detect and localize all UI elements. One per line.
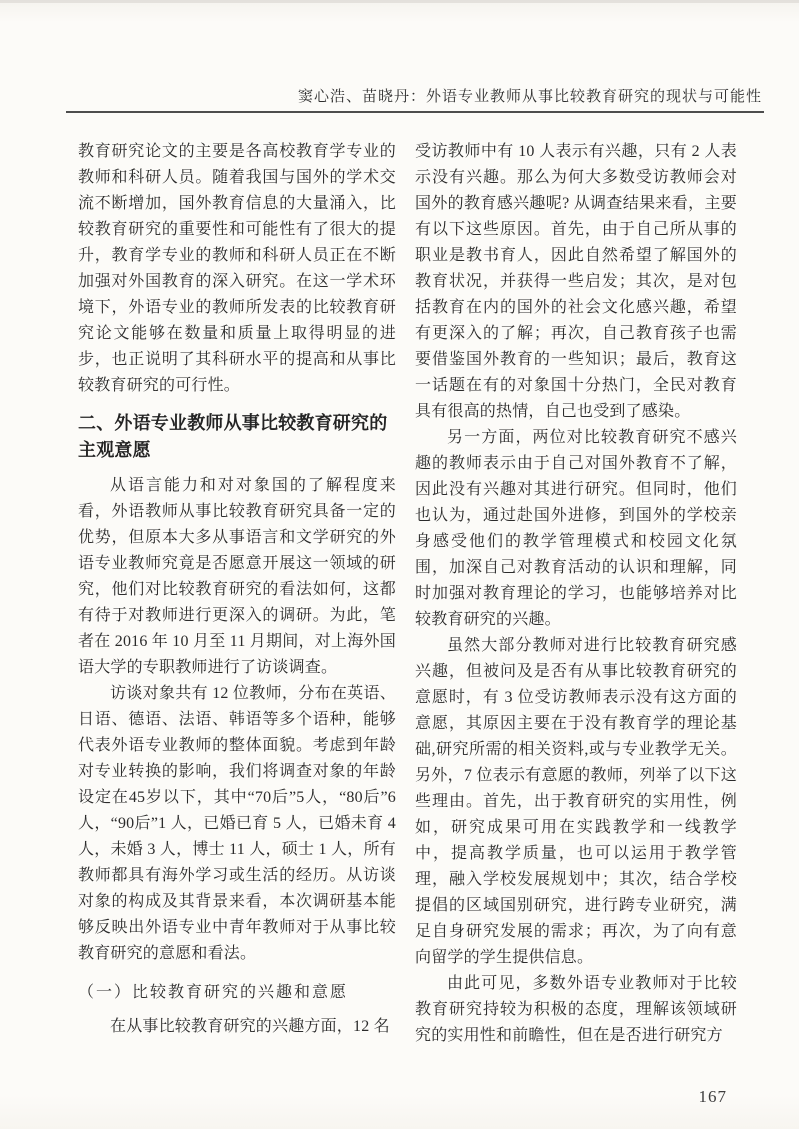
- running-header: 窦心浩、苗晓丹：外语专业教师从事比较教育研究的现状与可能性: [298, 85, 762, 106]
- paragraph-interest-start: 在从事比较教育研究的兴趣方面，12 名: [78, 1014, 396, 1040]
- header-rule: [66, 111, 764, 113]
- section-heading: 二、外语专业教师从事比较教育研究的主观意愿: [78, 410, 396, 464]
- paragraph-intro-continuation: 教育研究论文的主要是各高校教育学专业的教师和科研人员。随着我国与国外的学术交流不…: [78, 139, 396, 399]
- page-number: 167: [699, 1087, 728, 1107]
- subsection-heading: （一）比较教育研究的兴趣和意愿: [78, 980, 396, 1006]
- paragraph-willingness: 虽然大部分教师对进行比较教育研究感兴趣，但被问及是否有从事比较教育研究的意愿时，…: [415, 633, 737, 971]
- paragraph-sample-description: 访谈对象共有 12 位教师，分布在英语、日语、德语、法语、韩语等多个语种，能够代…: [78, 681, 396, 967]
- left-column: 教育研究论文的主要是各高校教育学专业的教师和科研人员。随着我国与国外的学术交流不…: [78, 139, 396, 1049]
- paragraph-conclusion-start: 由此可见，多数外语专业教师对于比较教育研究持较为积极的态度，理解该领域研究的实用…: [415, 971, 737, 1049]
- paragraph-no-interest: 另一方面，两位对比较教育研究不感兴趣的教师表示由于自己对国外教育不了解，因此没有…: [415, 425, 737, 633]
- document-page: 窦心浩、苗晓丹：外语专业教师从事比较教育研究的现状与可能性 教育研究论文的主要是…: [0, 0, 799, 1129]
- body-columns: 教育研究论文的主要是各高校教育学专业的教师和科研人员。随着我国与国外的学术交流不…: [78, 139, 737, 1049]
- paragraph-interest-reasons: 受访教师中有 10 人表示有兴趣，只有 2 人表示没有兴趣。那么为何大多数受访教…: [415, 139, 737, 425]
- paragraph-survey-setup: 从语言能力和对对象国的了解程度来看，外语教师从事比较教育研究具备一定的优势，但原…: [78, 473, 396, 681]
- right-column: 受访教师中有 10 人表示有兴趣，只有 2 人表示没有兴趣。那么为何大多数受访教…: [415, 139, 737, 1049]
